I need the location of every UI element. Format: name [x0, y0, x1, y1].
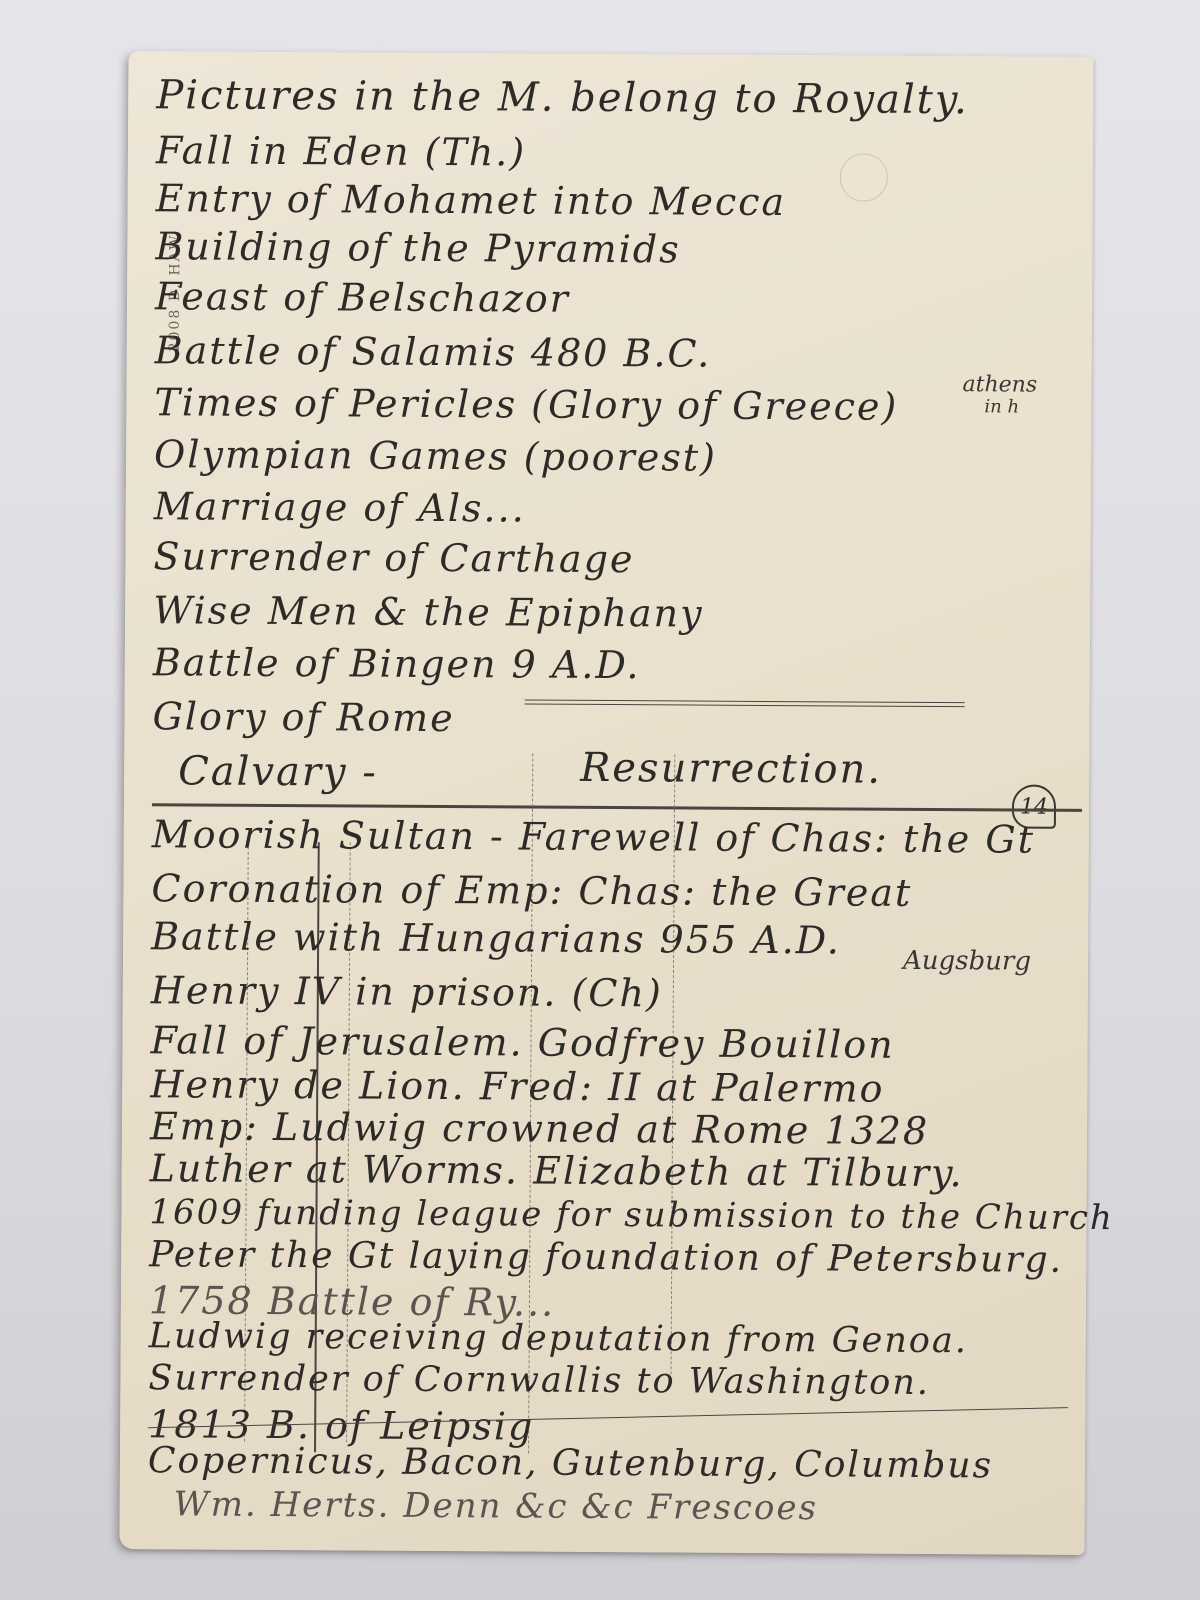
list-item: Fall in Eden (Th.) [156, 131, 526, 171]
list-item: Feast of Belschazor [155, 277, 570, 318]
battle-location-note: Augsburg [903, 946, 1031, 977]
list-item: Times of Pericles (Glory of Greece) [154, 383, 898, 426]
list-item: Luther at Worms. Elizabeth at Tilbury. [150, 1149, 964, 1192]
list-item: Surrender of Cornwallis to Washington. [148, 1361, 930, 1401]
double-rule [525, 703, 965, 707]
list-item: 1609 funding league for submission to th… [149, 1195, 1114, 1235]
footer-line: Wm. Herts. Denn &c &c Frescoes [174, 1487, 818, 1525]
list-item: Marriage of Als... [154, 487, 526, 527]
list-item: Coronation of Emp: Chas: the Great [151, 869, 912, 912]
list-item: Surrender of Carthage [153, 537, 634, 578]
list-item: Henry de Lion. Fred: II at Palermo [150, 1065, 884, 1107]
list-item: Emp: Ludwig crowned at Rome 1328 [150, 1107, 929, 1150]
list-item: Battle of Bingen 9 A.D. [153, 643, 641, 684]
double-rule [525, 699, 965, 703]
list-item: Building of the Pyramids [155, 227, 680, 268]
margin-note: athens [962, 372, 1037, 397]
list-item: Battle with Hungarians 955 A.D. [151, 917, 841, 959]
list-item: Wise Men & the Epiphany [153, 591, 704, 632]
list-item: Peter the Gt laying foundation of Peters… [149, 1237, 1063, 1279]
footer-line: Copernicus, Bacon, Gutenburg, Columbus [148, 1443, 993, 1484]
list-item: Battle of Salamis 480 B.C. [155, 331, 712, 372]
divider-right: Resurrection. [580, 748, 882, 790]
margin-note: in h [984, 396, 1019, 417]
list-item: Glory of Rome [152, 697, 454, 737]
card-title: Pictures in the M. belong to Royalty. [156, 75, 969, 120]
ink-stain [840, 153, 888, 201]
section-divider [152, 803, 1082, 812]
list-item: Fall of Jerusalem. Godfrey Bouillon [150, 1021, 894, 1064]
divider-left: Calvary - [178, 751, 378, 792]
handwritten-card: 2008 D. HAW Pictures in the M. belong to… [119, 51, 1093, 1555]
list-item: Ludwig receiving deputation from Genoa. [149, 1319, 968, 1359]
list-item: Moorish Sultan - Farewell of Chas: the G… [152, 815, 1035, 858]
list-item: Entry of Mohamet into Mecca [156, 179, 787, 221]
list-item: Olympian Games (poorest) [154, 435, 717, 476]
list-item: Henry IV in prison. (Ch) [151, 971, 663, 1012]
